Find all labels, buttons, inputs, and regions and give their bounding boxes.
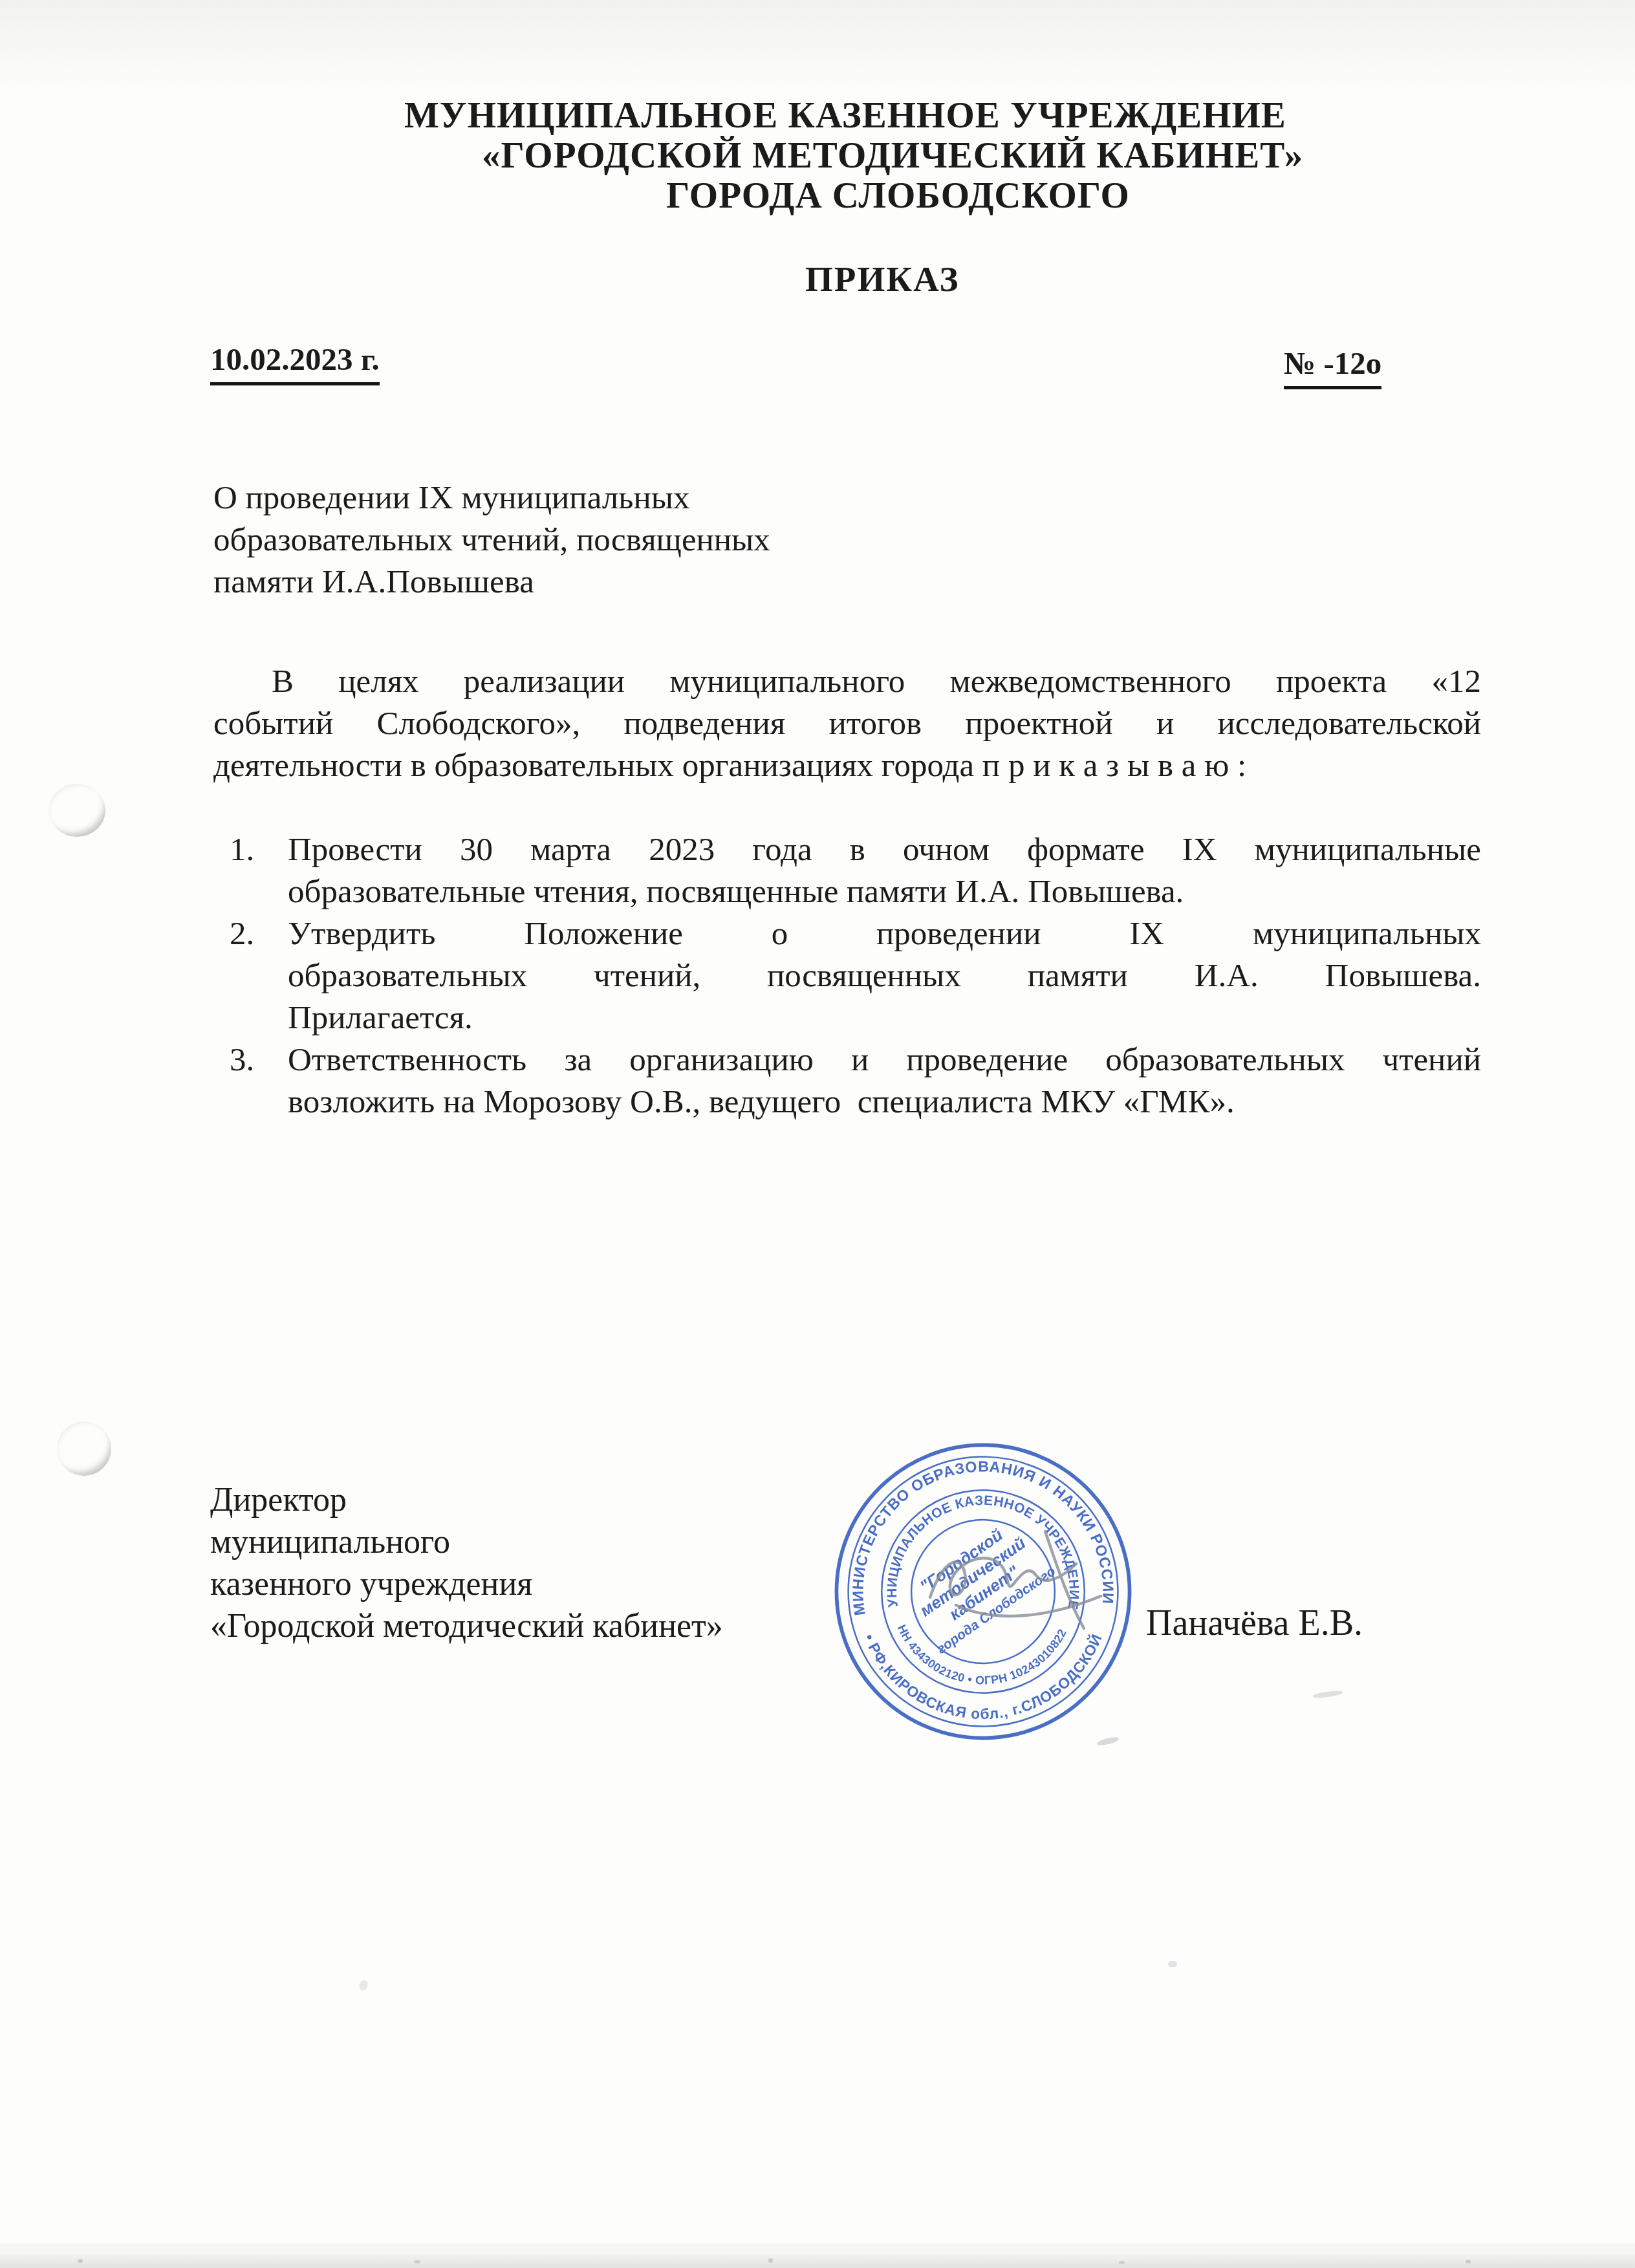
scan-artifact-band [0,2254,1635,2268]
scan-artifact-band-light [0,2243,1635,2254]
item-number: 1. [230,829,254,871]
text-line: О проведении IX муниципальных [213,477,770,519]
scan-speck [1313,1690,1343,1699]
signature-position-block: Директормуниципальногоказенного учрежден… [210,1479,723,1647]
list-item: 2.УтвердитьПоложениеопроведенииIXмуницип… [288,913,1481,1039]
list-item: 3.Ответственностьзаорганизациюипроведени… [288,1039,1481,1123]
text-line: муниципального [210,1521,723,1563]
text-line: событийСлободского»,подведенияитоговпрое… [213,703,1481,745]
text-line: Вцеляхреализациимуниципальногомежведомст… [213,661,1481,703]
item-text: УтвердитьПоложениеопроведенииIXмуниципал… [288,913,1481,1039]
hole-punch-shadow-top [49,784,105,837]
list-item: 1.Провести30марта2023годавочномформатеIX… [288,829,1481,913]
order-subject: О проведении IX муниципальныхобразовател… [213,477,770,603]
scan-speck [1168,1961,1177,1967]
text-line: возложить на Морозову О.В., ведущего спе… [288,1081,1481,1123]
item-text: Провести30марта2023годавочномформатеIXму… [288,829,1481,913]
order-number: № -12о [1284,345,1381,389]
text-line: Провести30марта2023годавочномформатеIXму… [288,829,1481,871]
scanned-order-document: МУНИЦИПАЛЬНОЕ КАЗЕННОЕ УЧРЕЖДЕНИЕ «ГОРОД… [0,0,1635,2268]
text-line: УтвердитьПоложениеопроведенииIXмуниципал… [288,913,1481,955]
text-line: Директор [210,1479,723,1521]
text-line: образовательныхчтений,посвященныхпамятиИ… [288,955,1481,997]
header-line-3: ГОРОДА СЛОБОДСКОГО [666,176,1130,216]
text-line: Прилагается. [288,997,1481,1039]
text-line: образовательных чтений, посвященных [213,519,770,561]
order-date: 10.02.2023 г. [210,341,380,385]
hole-punch-shadow-bottom [57,1421,111,1476]
text-line: Ответственностьзаорганизациюипроведениео… [288,1039,1481,1081]
item-text: Ответственностьзаорганизациюипроведениео… [288,1039,1481,1123]
order-list: 1.Провести30марта2023годавочномформатеIX… [288,829,1481,1123]
signature-scribble [918,1520,1112,1643]
text-line: памяти И.А.Повышева [213,561,770,603]
text-line: деятельности в образовательных организац… [213,745,1481,787]
signatory-name: Паначёва Е.В. [1146,1603,1363,1644]
item-number: 3. [230,1039,254,1081]
text-line: образовательные чтения, посвященные памя… [288,871,1481,913]
header-line-1: МУНИЦИПАЛЬНОЕ КАЗЕННОЕ УЧРЕЖДЕНИЕ [404,96,1286,136]
header-line-2: «ГОРОДСКОЙ МЕТОДИЧЕСКИЙ КАБИНЕТ» [482,136,1303,176]
scan-speck [358,1979,369,1991]
doc-type-title: ПРИКАЗ [805,259,959,299]
text-line: «Городской методический кабинет» [210,1605,723,1647]
text-line: казенного учреждения [210,1563,723,1605]
item-number: 2. [230,913,254,955]
order-preamble: Вцеляхреализациимуниципальногомежведомст… [213,661,1481,787]
